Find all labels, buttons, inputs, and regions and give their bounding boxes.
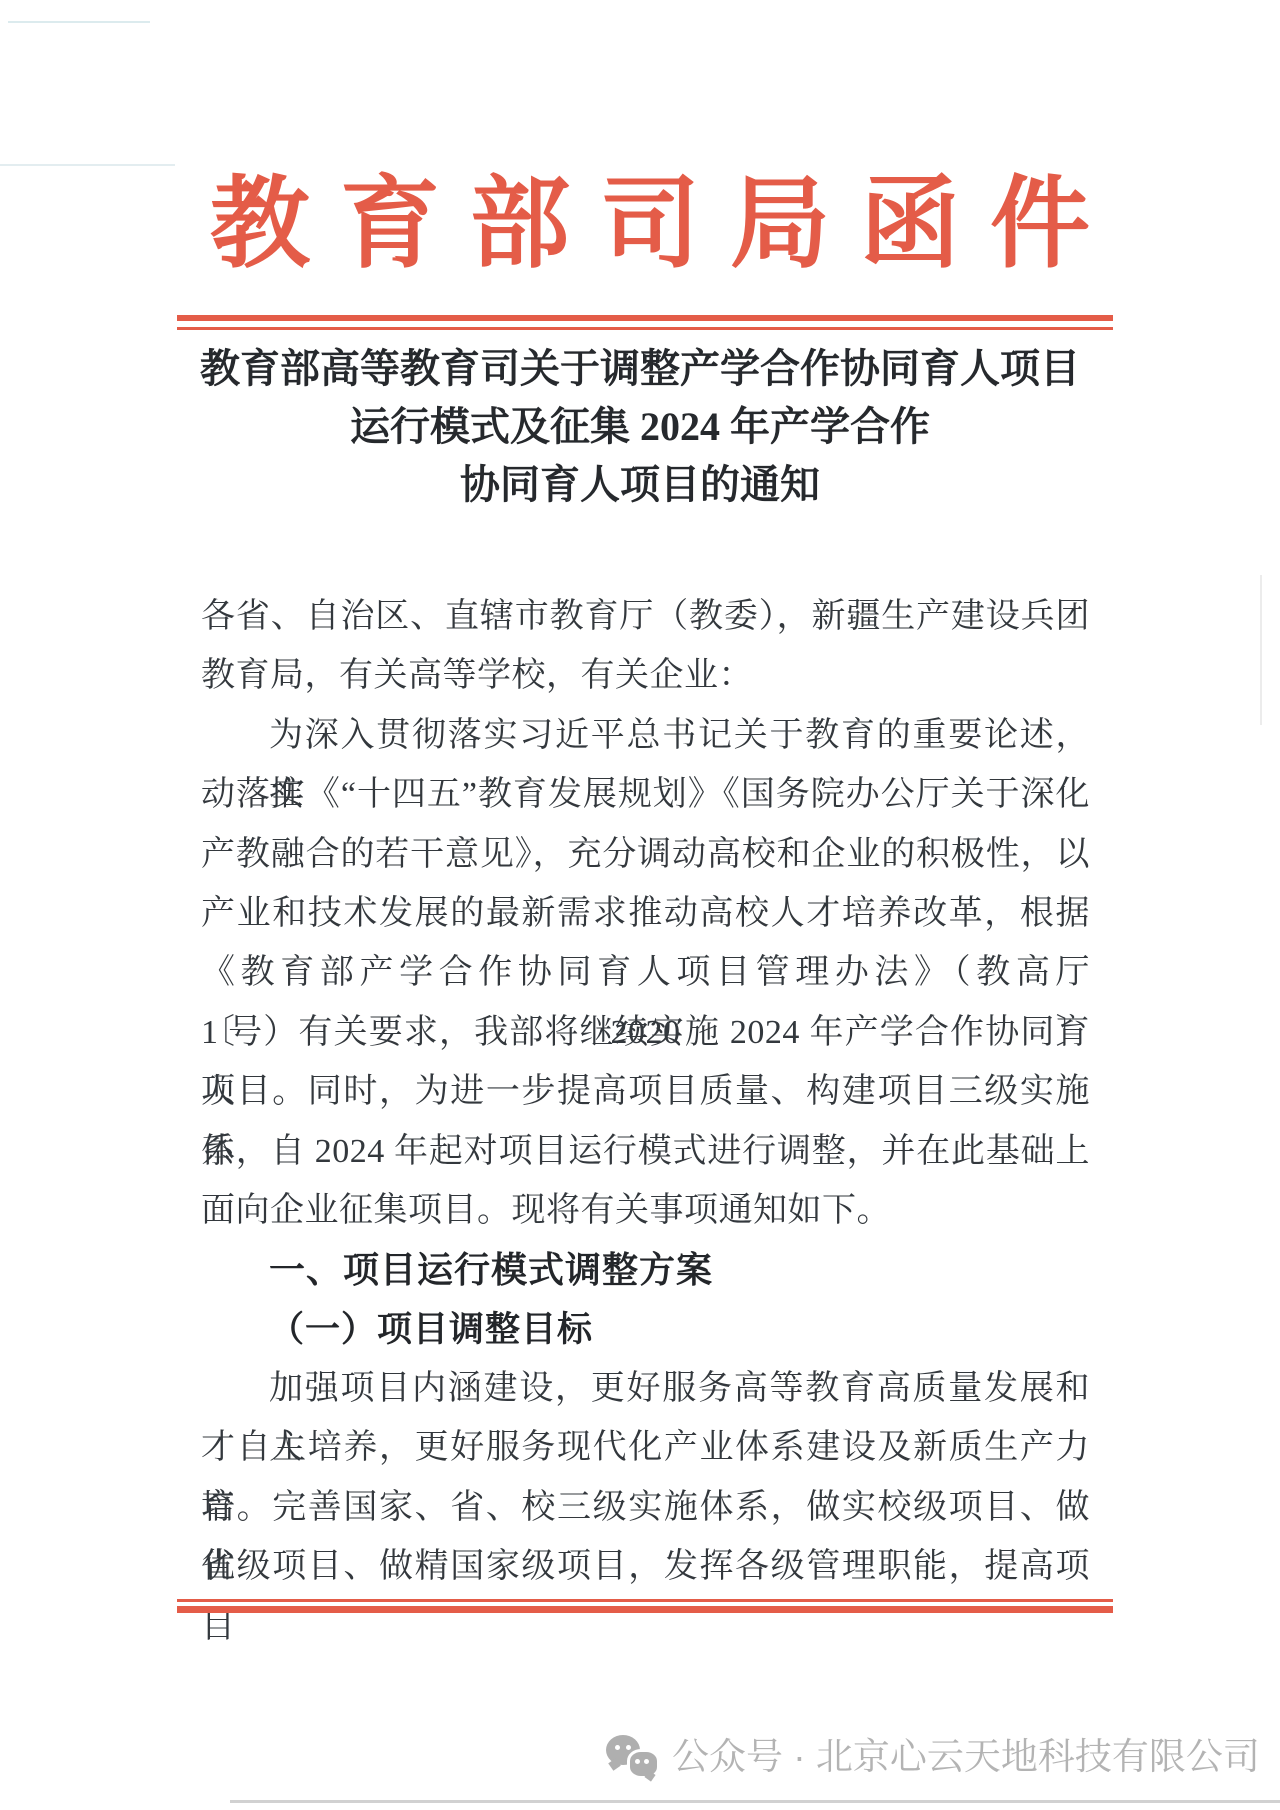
body-line: 面向企业征集项目。现将有关事项通知如下。 — [201, 1181, 1090, 1240]
section-heading: 一、项目运行模式调整方案 — [201, 1240, 1090, 1299]
document-page: 教育部司局函件 教育部高等教育司关于调整产学合作协同育人项目 运行模式及征集 2… — [0, 0, 1280, 1810]
letterhead-rule-thin — [177, 327, 1113, 330]
body-line: 项目。同时，为进一步提高项目质量、构建项目三级实施体 — [201, 1062, 1090, 1121]
footer-rule-thin — [177, 1599, 1113, 1602]
body-line: 产教融合的若干意见》，充分调动高校和企业的积极性，以 — [201, 825, 1090, 884]
body-line: 省级项目、做精国家级项目，发挥各级管理职能，提高项目 — [201, 1537, 1090, 1596]
footer-rule-thick — [177, 1606, 1113, 1613]
body-line: 各省、自治区、直辖市教育厅（教委），新疆生产建设兵团 — [201, 587, 1090, 646]
document-title-line-1: 教育部高等教育司关于调整产学合作协同育人项目 — [95, 340, 1185, 398]
body-line: 育。完善国家、省、校三级实施体系，做实校级项目、做优 — [201, 1478, 1090, 1537]
letterhead-rule-thick — [177, 315, 1113, 321]
scan-artifact-line — [230, 1800, 1280, 1803]
body-line: 《教育部产学合作协同育人项目管理办法》（教高厅〔2020〕 — [201, 943, 1090, 1002]
scan-artifact-line — [8, 21, 150, 23]
body-line: 加强项目内涵建设，更好服务高等教育高质量发展和人 — [201, 1359, 1090, 1418]
body-line: 教育局，有关高等学校，有关企业： — [201, 646, 1090, 705]
body-line: 产业和技术发展的最新需求推动高校人才培养改革，根据 — [201, 884, 1090, 943]
wechat-icon — [606, 1732, 660, 1782]
body-line: 为深入贯彻落实习近平总书记关于教育的重要论述，推 — [201, 706, 1090, 765]
sub-heading: （一）项目调整目标 — [201, 1300, 1090, 1359]
body-line: 动落实《“十四五”教育发展规划》《国务院办公厅关于深化 — [201, 765, 1090, 824]
document-title: 教育部高等教育司关于调整产学合作协同育人项目 运行模式及征集 2024 年产学合… — [95, 340, 1185, 514]
document-title-line-3: 协同育人项目的通知 — [95, 456, 1185, 514]
letterhead-title: 教育部司局函件 — [10, 160, 1280, 290]
document-body: 各省、自治区、直辖市教育厅（教委），新疆生产建设兵团教育局，有关高等学校，有关企… — [201, 587, 1090, 1597]
document-title-line-2: 运行模式及征集 2024 年产学合作 — [95, 398, 1185, 456]
body-line: 才自主培养，更好服务现代化产业体系建设及新质生产力培 — [201, 1418, 1090, 1477]
body-line: 1 号）有关要求，我部将继续实施 2024 年产学合作协同育人 — [201, 1003, 1090, 1062]
scan-artifact-line — [1260, 575, 1262, 725]
watermark: 公众号 · 北京心云天地科技有限公司 — [606, 1731, 1260, 1783]
body-line: 系，自 2024 年起对项目运行模式进行调整，并在此基础上 — [201, 1122, 1090, 1181]
watermark-text: 公众号 · 北京心云天地科技有限公司 — [672, 1731, 1260, 1783]
